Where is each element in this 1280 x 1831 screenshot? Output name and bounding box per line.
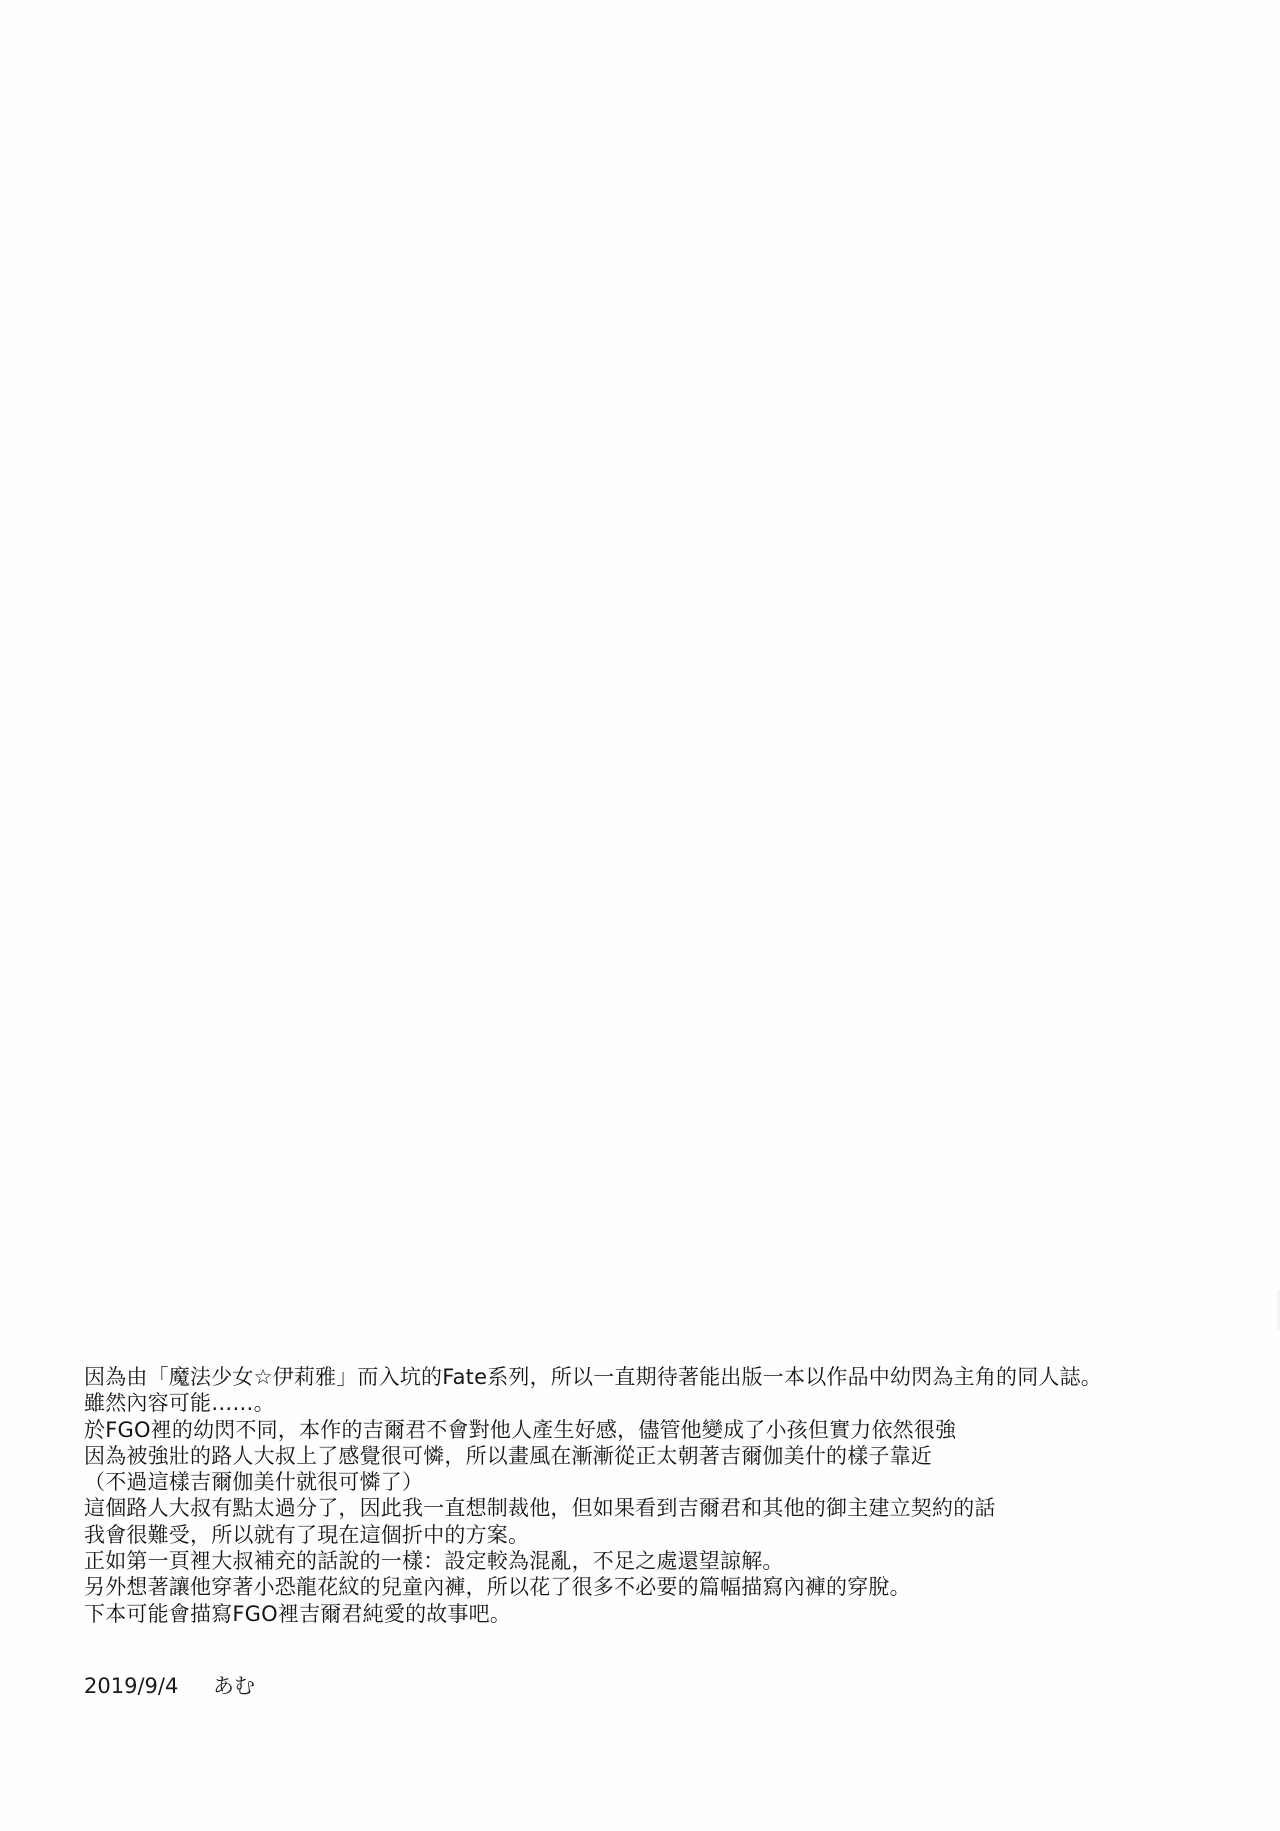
afterword-line: 正如第一頁裡大叔補充的話說的一樣：設定較為混亂，不足之處還望諒解。 bbox=[84, 1548, 1244, 1574]
afterword-line: （不過這樣吉爾伽美什就很可憐了） bbox=[84, 1469, 1244, 1495]
document-page: 因為由「魔法少女☆伊莉雅」而入坑的Fate系列，所以一直期待著能出版一本以作品中… bbox=[0, 0, 1280, 1831]
signature-author: あむ bbox=[213, 1674, 255, 1698]
afterword-line: 因為被強壯的路人大叔上了感覺很可憐，所以畫風在漸漸從正太朝著吉爾伽美什的樣子靠近 bbox=[84, 1443, 1244, 1469]
afterword-line: 我會很難受，所以就有了現在這個折中的方案。 bbox=[84, 1522, 1244, 1548]
afterword-text-block: 因為由「魔法少女☆伊莉雅」而入坑的Fate系列，所以一直期待著能出版一本以作品中… bbox=[84, 1364, 1244, 1627]
afterword-line: 另外想著讓他穿著小恐龍花紋的兒童內褲，所以花了很多不必要的篇幅描寫內褲的穿脫。 bbox=[84, 1574, 1244, 1600]
afterword-line: 下本可能會描寫FGO裡吉爾君純愛的故事吧。 bbox=[84, 1601, 1244, 1627]
afterword-line: 這個路人大叔有點太過分了，因此我一直想制裁他，但如果看到吉爾君和其他的御主建立契… bbox=[84, 1495, 1244, 1521]
signature-date: 2019/9/4 bbox=[84, 1674, 178, 1698]
afterword-line: 雖然內容可能……。 bbox=[84, 1390, 1244, 1416]
afterword-line: 因為由「魔法少女☆伊莉雅」而入坑的Fate系列，所以一直期待著能出版一本以作品中… bbox=[84, 1364, 1244, 1390]
afterword-line: 於FGO裡的幼閃不同，本作的吉爾君不會對他人產生好感，儘管他變成了小孩但實力依然… bbox=[84, 1417, 1244, 1443]
signature: 2019/9/4 あむ bbox=[84, 1673, 255, 1699]
